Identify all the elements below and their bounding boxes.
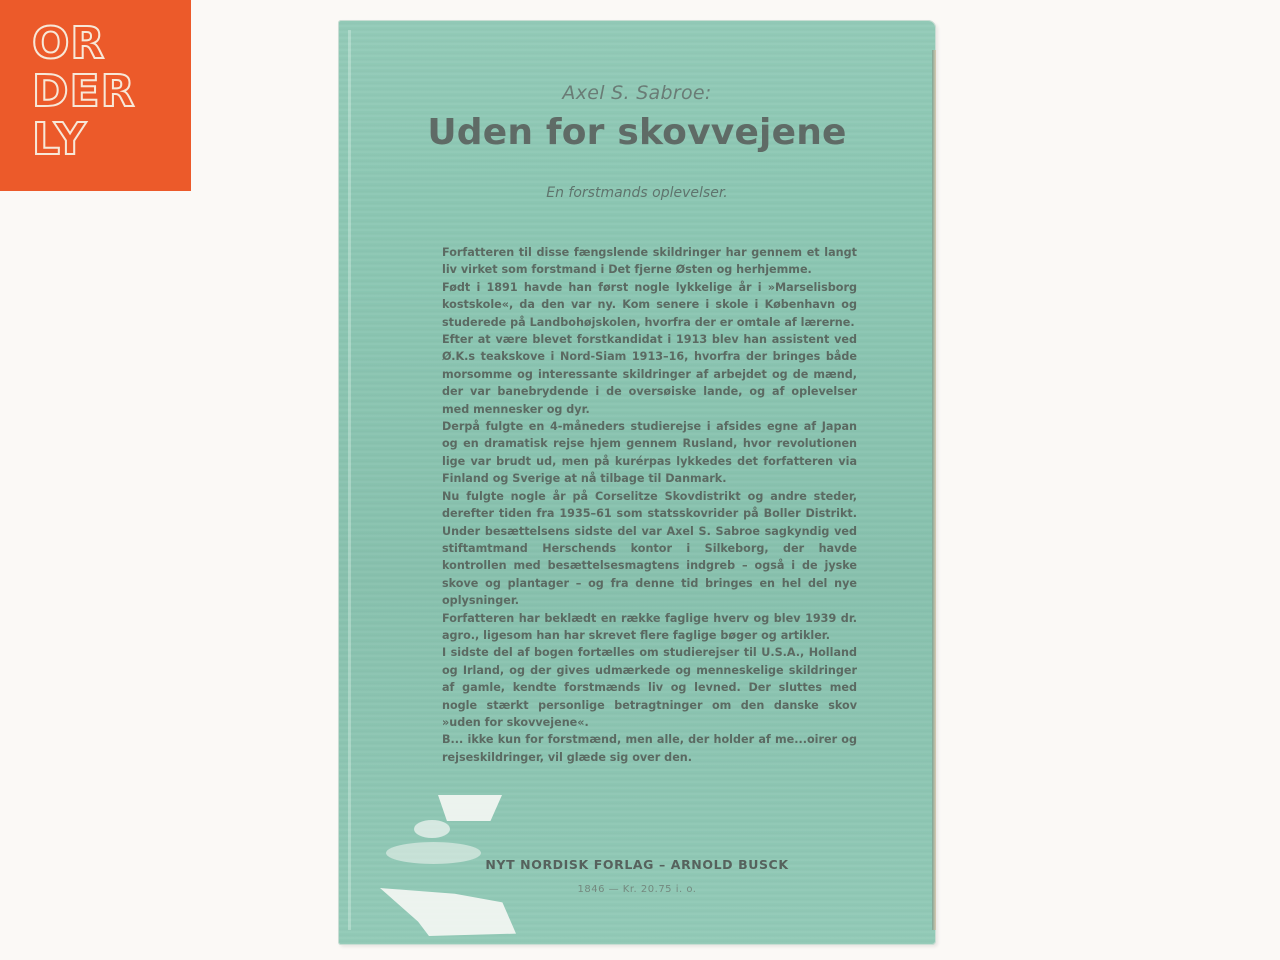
- blurb-paragraph: Født i 1891 havde han først nogle lykkel…: [442, 279, 857, 331]
- book-subtitle: En forstmands oplevelser.: [338, 185, 936, 201]
- blurb-paragraph: Efter at være blevet forstkandidat i 191…: [442, 331, 857, 418]
- cover-damage-patch: [414, 820, 450, 838]
- cover-worn-edge: [348, 30, 351, 930]
- logo-wordmark: OR DER LY: [32, 20, 135, 164]
- blurb-paragraph: B... ikke kun for forstmænd, men alle, d…: [442, 731, 857, 766]
- cover-damage-patch: [386, 842, 481, 864]
- cover-damage-patch: [438, 795, 502, 821]
- book-back-cover: Axel S. Sabroe: Uden for skovvejene En f…: [338, 20, 936, 945]
- blurb-paragraph: Derpå fulgte en 4-måneders studierejse i…: [442, 418, 857, 488]
- cover-right-edge: [932, 50, 936, 930]
- book-title: Uden for skovvejene: [338, 112, 936, 153]
- blurb-paragraph: Nu fulgte nogle år på Corselitze Skovdis…: [442, 488, 857, 610]
- cover-damage-patch: [380, 888, 516, 936]
- book-blurb: Forfatteren til disse fængslende skildri…: [442, 244, 857, 766]
- blurb-paragraph: Forfatteren til disse fængslende skildri…: [442, 244, 857, 279]
- orderly-logo: OR DER LY: [0, 0, 191, 191]
- blurb-paragraph: I sidste del af bogen fortælles om studi…: [442, 644, 857, 731]
- book-author: Axel S. Sabroe:: [338, 82, 936, 104]
- blurb-paragraph: Forfatteren har beklædt en række faglige…: [442, 610, 857, 645]
